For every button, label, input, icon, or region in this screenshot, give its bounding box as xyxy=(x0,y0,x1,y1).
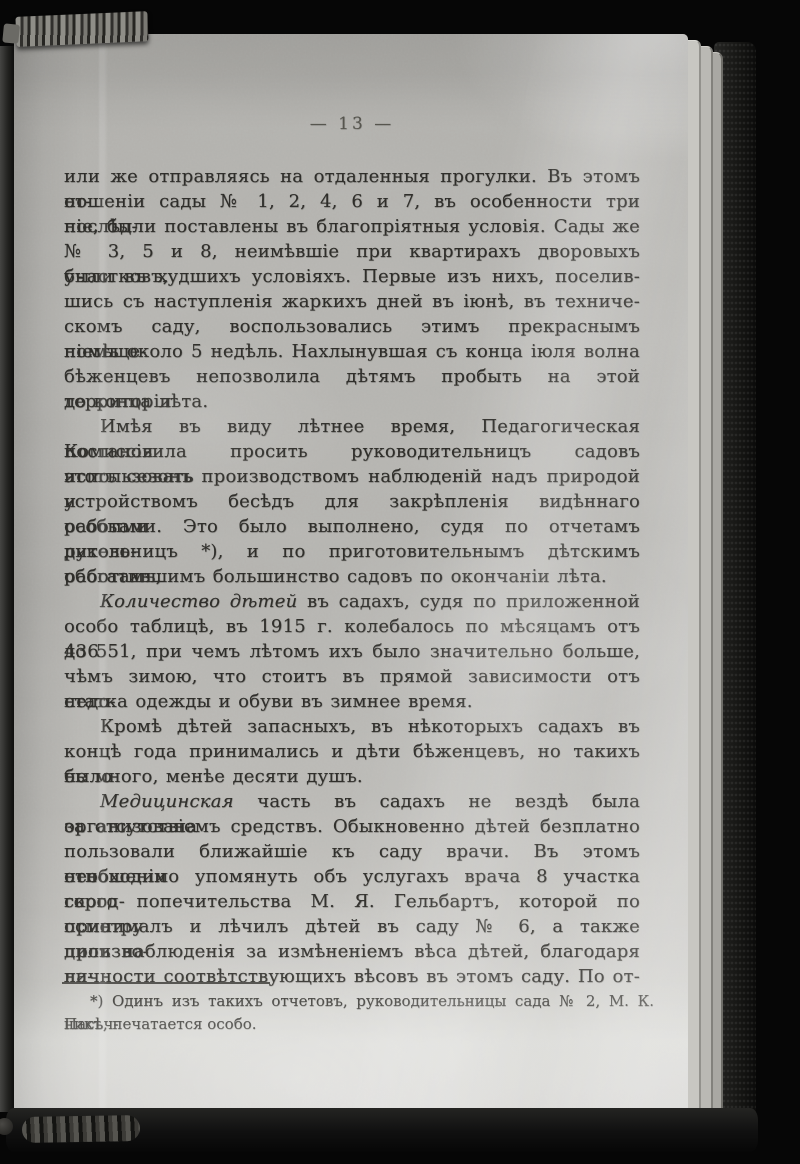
text-line: необходимо упомянуть объ услугахъ врача … xyxy=(64,864,640,889)
text-line: личности соотвѣтствующихъ вѣсовъ въ этом… xyxy=(64,964,640,989)
page-number: — 13 — xyxy=(64,114,640,134)
text-line: устройствомъ бесѣдъ для закрѣпленія видѣ… xyxy=(64,489,640,514)
text-line: ніе, были поставлены въ благопріятныя ус… xyxy=(64,214,640,239)
text-line: или же отправляясь на отдаленныя прогулк… xyxy=(64,164,640,189)
text-line: ского попечительства М. Я. Гельбартъ, ко… xyxy=(64,889,640,914)
paragraph-4: Кромѣ дѣтей запасныхъ, въ нѣкоторыхъ сад… xyxy=(64,714,640,789)
text-line: особо таблицѣ, въ 1915 г. колебалось по … xyxy=(64,614,640,639)
text-line: ніемъ около 5 недѣль. Нахлынувшая съ кон… xyxy=(64,339,640,364)
headband-texture-bottom xyxy=(22,1115,140,1143)
text-line: работами. Это было выполнено, судя по от… xyxy=(64,514,640,539)
book-scan: — 13 — или же отправляясь на отдаленныя … xyxy=(0,0,800,1164)
footnote-line: никъ, печатается особо. xyxy=(64,1013,654,1036)
page: — 13 — или же отправляясь на отдаленныя … xyxy=(14,34,688,1112)
text-line: бѣженцевъ непозволила дѣтямъ пробыть на … xyxy=(64,364,640,389)
footnote-rule xyxy=(62,982,270,984)
text-line: чѣмъ зимою, что стоитъ въ прямой зависим… xyxy=(64,664,640,689)
text-line: № 3, 5 и 8, неимѣвшіе при квартирахъ дво… xyxy=(64,239,640,264)
headband-texture-top xyxy=(15,11,148,47)
footnote: *) Одинъ изъ такихъ отчетовъ, руководите… xyxy=(64,990,654,1036)
text-line: Имѣя въ виду лѣтнее время, Педагогическа… xyxy=(64,414,640,439)
body-text: или же отправляясь на отдаленныя прогулк… xyxy=(64,164,640,989)
paragraph-5: Медицинская часть въ садахъ не вездѣ был… xyxy=(64,789,640,989)
text-line: шись съ наступленія жаркихъ дней въ іюнѣ… xyxy=(64,289,640,314)
text-line: до 551, при чемъ лѣтомъ ихъ было значите… xyxy=(64,639,640,664)
lead-rest: въ садахъ, судя по приложенной xyxy=(297,591,640,612)
text-line: Медицинская часть въ садахъ не вездѣ был… xyxy=(64,789,640,814)
paragraph-3: Количество дѣтей въ садахъ, судя по прил… xyxy=(64,589,640,714)
footnote-line: *) Одинъ изъ такихъ отчетовъ, руководите… xyxy=(64,990,654,1013)
text-line: дительницъ *), и по приготовительнымъ дѣ… xyxy=(64,539,640,564)
paragraph-2: Имѣя въ виду лѣтнее время, Педагогическа… xyxy=(64,414,640,589)
book-spine-shadow xyxy=(0,46,14,1112)
text-line: Кромѣ дѣтей запасныхъ, въ нѣкоторыхъ сад… xyxy=(64,714,640,739)
italic-lead: Количество дѣтей xyxy=(100,591,297,612)
text-line: были въ худшихъ условіяхъ. Первые изъ ни… xyxy=(64,264,640,289)
text-line: скомъ саду, воспользовались этимъ прекра… xyxy=(64,314,640,339)
text-line: этотъ сезонъ производствомъ наблюденій н… xyxy=(64,464,640,489)
text-line: концѣ года принимались и дѣти бѣженцевъ,… xyxy=(64,739,640,764)
text-line: ношеніи сады № 1, 2, 4, 6 и 7, въ особен… xyxy=(64,189,640,214)
text-line: Количество дѣтей въ садахъ, судя по прил… xyxy=(64,589,640,614)
text-line: принималъ и лѣчилъ дѣтей въ саду № 6, а … xyxy=(64,914,640,939)
text-line: пользовали ближайшіе къ саду врачи. Въ э… xyxy=(64,839,640,864)
text-line: постановила просить руководительницъ сад… xyxy=(64,439,640,464)
text-line: дилъ наблюденія за измѣненіемъ вѣса дѣте… xyxy=(64,939,640,964)
italic-lead: Медицинская xyxy=(100,791,234,812)
text-line: обогатившимъ большинство садовъ по оконч… xyxy=(64,564,640,589)
text-line: не много, менѣе десяти душъ. xyxy=(64,764,640,789)
text-line: статка одежды и обуви въ зимнее время. xyxy=(64,689,640,714)
paragraph-1: или же отправляясь на отдаленныя прогулк… xyxy=(64,164,640,414)
text-line: за отсутствіемъ средствъ. Обыкновенно дѣ… xyxy=(64,814,640,839)
text-line: до конца лѣта. xyxy=(64,389,640,414)
